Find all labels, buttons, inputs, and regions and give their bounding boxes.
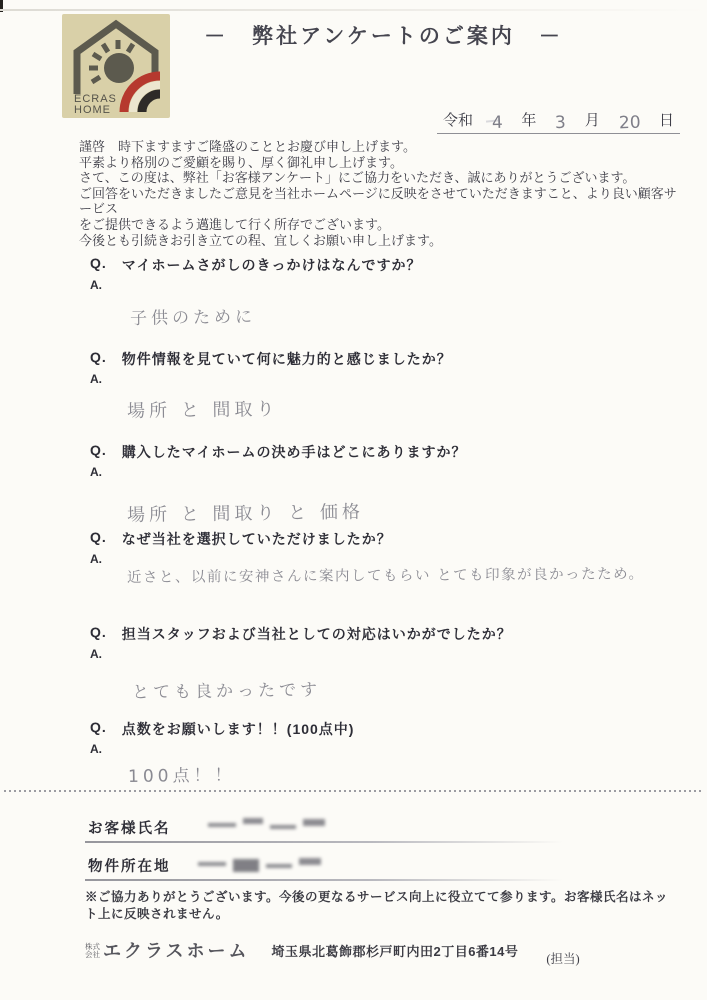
scan-artifact-line: [0, 9, 707, 11]
company-prefix-bottom: 会社: [85, 951, 100, 959]
question-text: なぜ当社を選択していただけましたか？: [122, 529, 392, 549]
date-day-handwritten: 20: [618, 116, 640, 131]
customer-name-redacted-value: [208, 814, 325, 829]
property-location-underline: [85, 879, 563, 881]
company-footer: 株式 会社 エクラスホーム 埼玉県北葛飾郡杉戸町内田2丁目6番14号 (担当): [85, 937, 580, 967]
a-mark: A.: [90, 278, 695, 292]
qa-block-6: Q.点数をお願いします！！(100点中) A. 100点！！: [90, 719, 695, 783]
qa-block-1: Q.マイホームさがしのきっかけはなんですか？ A. 子供のために: [90, 255, 695, 325]
a-mark: A.: [90, 742, 695, 756]
footer-note: ※ご協力ありがとうございます。今後の更なるサービス向上に役立てて参ります。お客様…: [85, 889, 675, 922]
customer-name-label: お客様氏名: [88, 817, 171, 838]
logo-text-line2: HOME: [74, 104, 111, 116]
question-text: 購入したマイホームの決め手はどこにありますか？: [122, 442, 467, 462]
qa-block-5: Q.担当スタッフおよび当社としての対応はいかがでしたか？ A. とても良かったで…: [90, 624, 695, 699]
greeting-line: ご回答をいただきましたご意見を当社ホームページに反映をさせていただきますこと、よ…: [79, 186, 683, 217]
greeting-line: をご提供できるよう邁進して行く所存でございます。: [79, 217, 683, 233]
question-text: マイホームさがしのきっかけはなんですか？: [122, 255, 422, 275]
handwritten-answer: とても良かったです: [132, 670, 695, 703]
contact-label: (担当): [546, 949, 579, 967]
q-mark: Q.: [90, 255, 107, 275]
date-era: 令和: [443, 109, 473, 130]
company-address: 埼玉県北葛飾郡杉戸町内田2丁目6番14号: [271, 941, 518, 960]
date-month-handwritten: 3: [555, 116, 566, 130]
qa-block-4: Q.なぜ当社を選択していただけましたか？ A. 近さと、以前に安神さんに案内して…: [90, 529, 695, 585]
handwritten-answer: 子供のために: [130, 296, 695, 329]
handwritten-answer: 場所 と 間取り と 価格: [127, 493, 695, 527]
a-mark: A.: [90, 465, 695, 479]
date-year-handwritten: 4: [492, 116, 503, 130]
qa-block-3: Q.購入したマイホームの決め手はどこにありますか？ A. 場所 と 間取り と …: [90, 442, 695, 523]
handwritten-answer: 場所 と 間取り: [127, 389, 695, 423]
greeting-line: 平素より格別のご愛顧を賜り、厚く御礼申し上げます。: [79, 155, 683, 171]
customer-name-underline: [85, 841, 563, 843]
date-year-unit: 年: [521, 109, 536, 130]
question-text: 点数をお願いします！！(100点中): [122, 719, 355, 739]
company-name: エクラスホーム: [103, 937, 249, 963]
question-text: 物件情報を見ていて何に魅力的と感じましたか？: [122, 349, 452, 369]
company-prefix: 株式 会社: [85, 943, 100, 959]
q-mark: Q.: [90, 349, 107, 369]
greeting-line: 謹啓 時下ますますご隆盛のこととお慶び申し上げます。: [79, 139, 683, 155]
property-location-redacted-value: [198, 853, 321, 872]
scanned-survey-page: { "logo": { "line1": "ECRAS", "line2": "…: [0, 0, 707, 1000]
property-location-label: 物件所在地: [88, 855, 171, 876]
page-title: － 弊社アンケートのご案内 －: [60, 20, 707, 50]
qa-block-2: Q.物件情報を見ていて何に魅力的と感じましたか？ A. 場所 と 間取り: [90, 349, 695, 419]
greeting-line: さて、この度は、弊社「お客様アンケート」にご協力をいただき、誠にありがとうござい…: [79, 170, 683, 186]
a-mark: A.: [90, 372, 695, 386]
handwritten-answer: 近さと、以前に安神さんに案内してもらい とても印象が良かったため。: [127, 562, 695, 587]
date-month-unit: 月: [585, 109, 600, 130]
handwritten-answer: 100点！！: [128, 754, 695, 787]
question-text: 担当スタッフおよび当社としての対応はいかがでしたか？: [122, 624, 512, 644]
a-mark: A.: [90, 647, 695, 661]
q-mark: Q.: [90, 719, 107, 739]
q-mark: Q.: [90, 442, 107, 462]
q-mark: Q.: [90, 529, 107, 549]
dotted-separator: [4, 790, 703, 792]
greeting-line: 今後とも引続きお引き立ての程、宜しくお願い申し上げます。: [79, 233, 683, 249]
greeting-paragraph: 謹啓 時下ますますご隆盛のこととお慶び申し上げます。 平素より格別のご愛顧を賜り…: [79, 139, 683, 248]
date-line: 令和 4 年 3 月 20 日: [437, 102, 680, 134]
sun-icon: [104, 53, 134, 83]
date-day-unit: 日: [659, 109, 674, 130]
q-mark: Q.: [90, 624, 107, 644]
